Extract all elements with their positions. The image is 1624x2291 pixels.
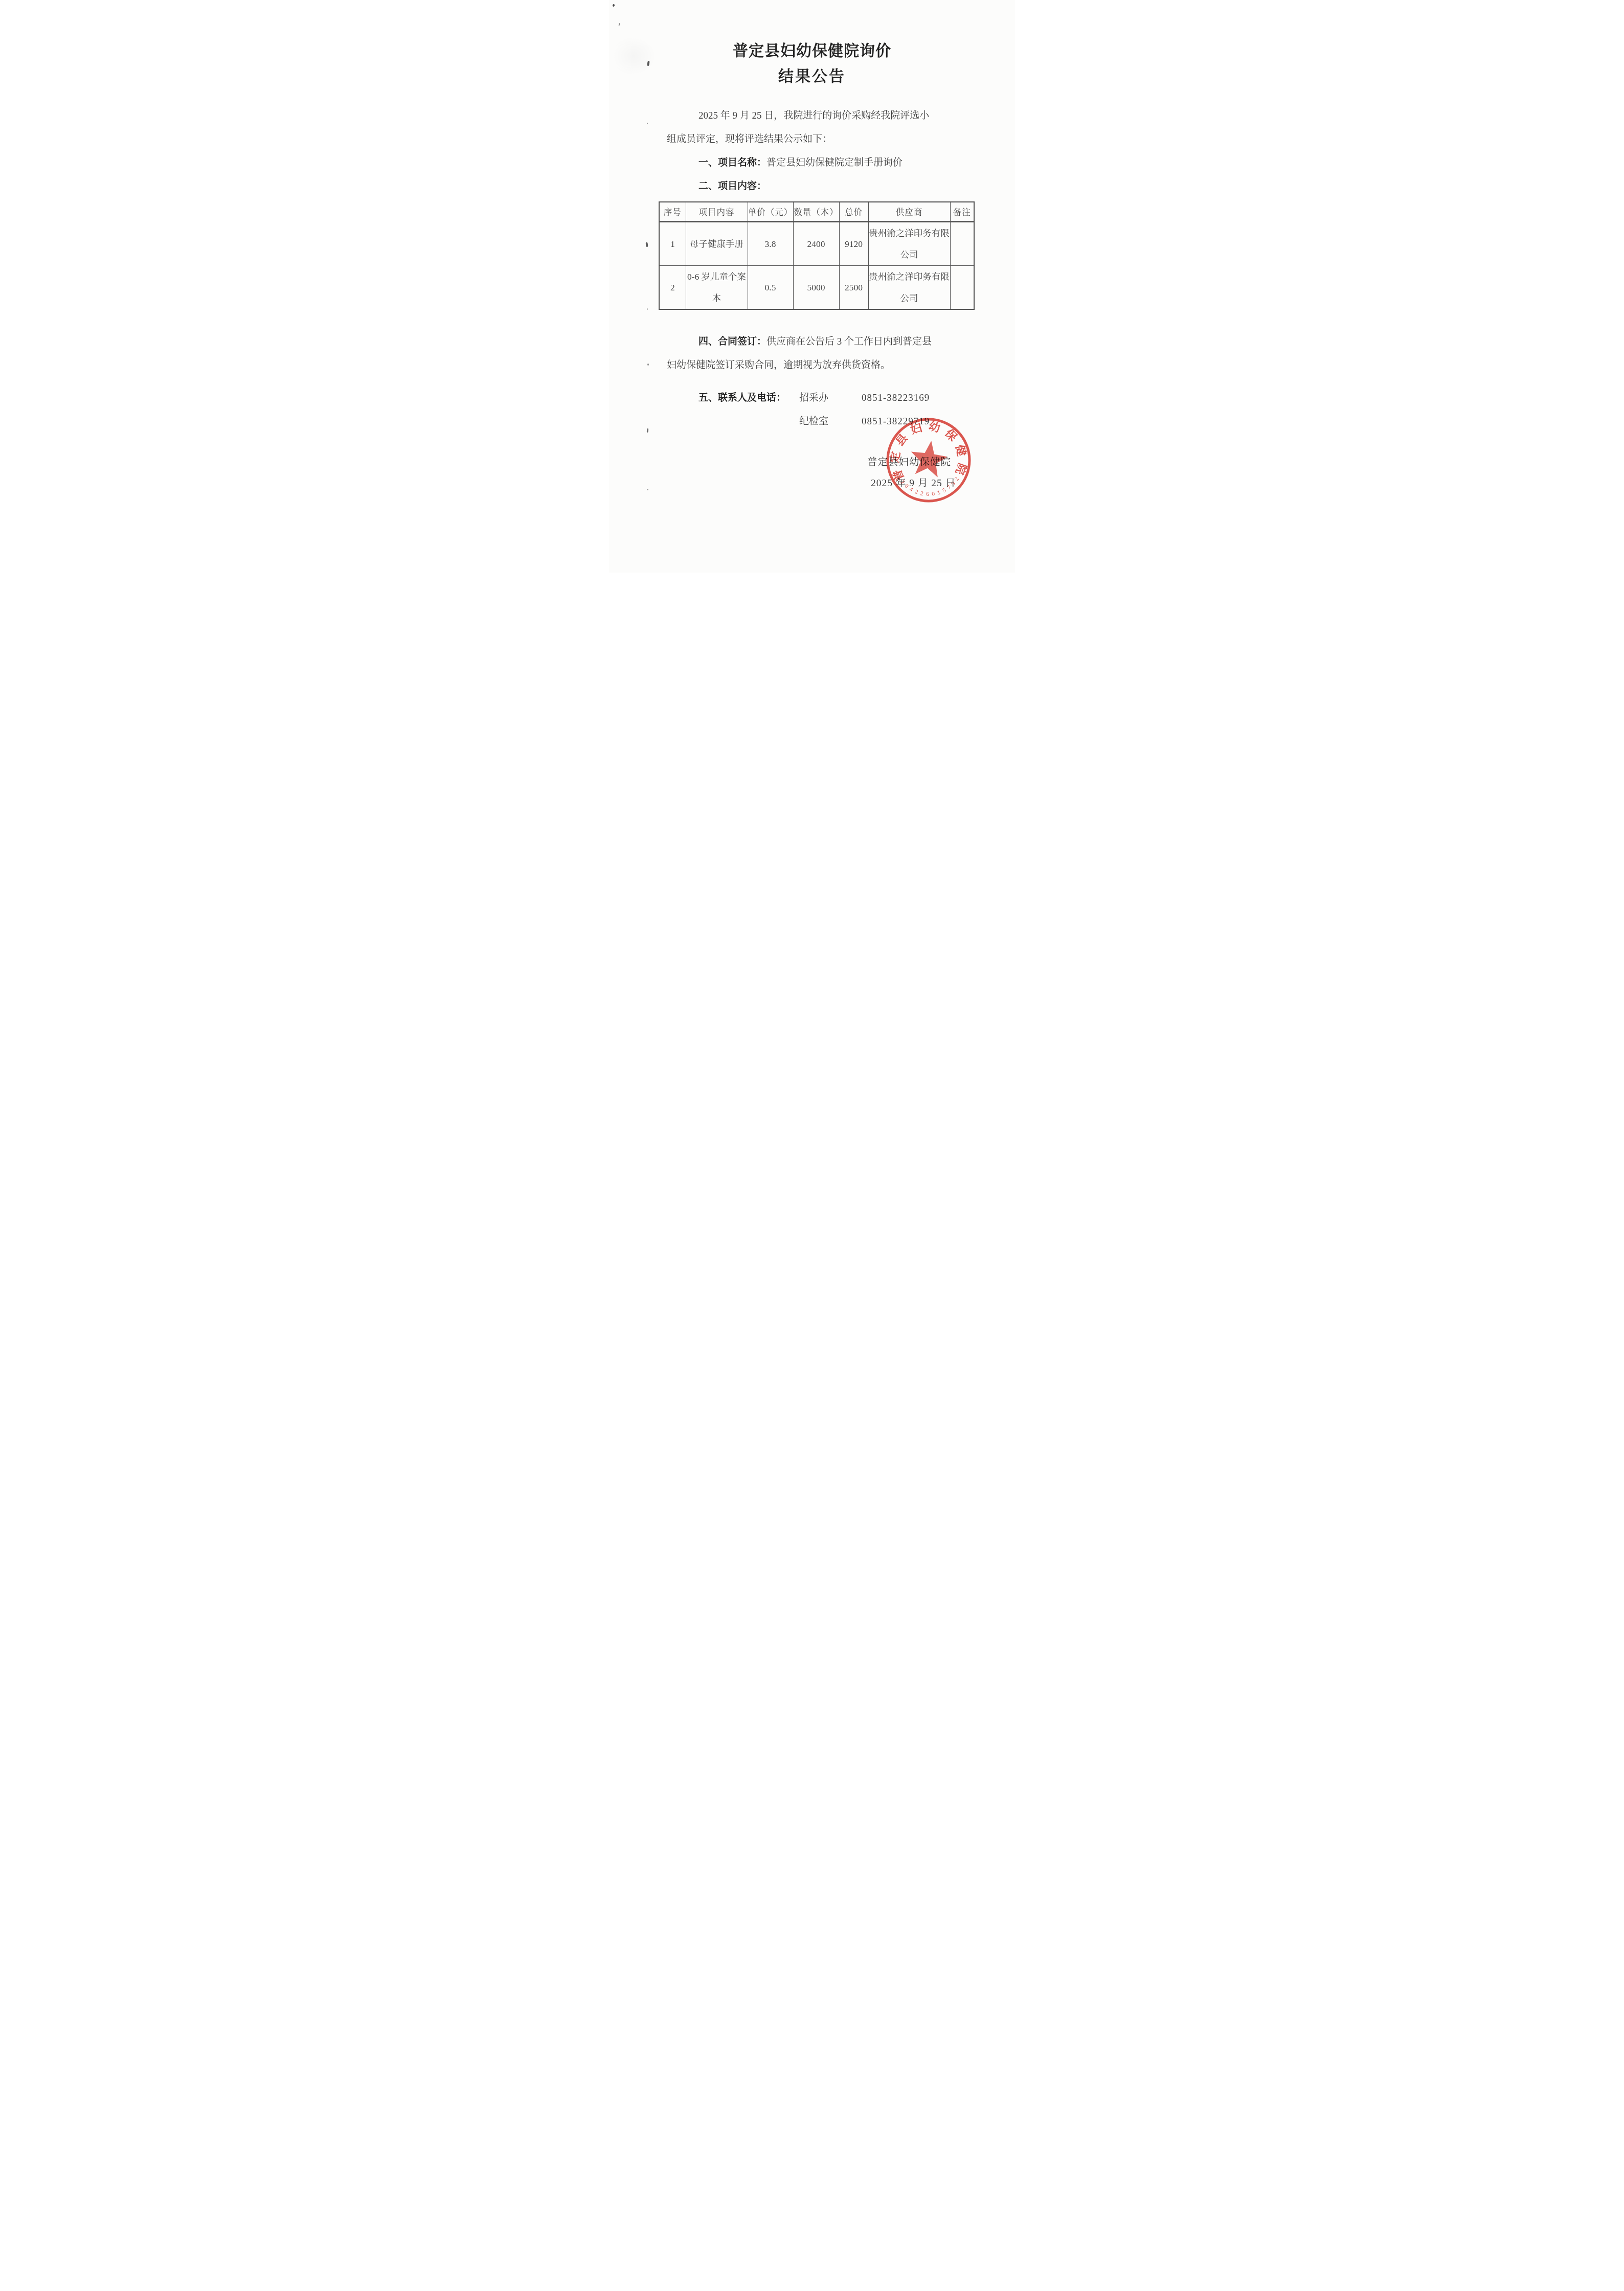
- contact-name: 招采办: [799, 387, 838, 410]
- intro-paragraph: 2025 年 9 月 25 日，我院进行的询价采购经我院评选小 组成员评定，现将…: [667, 104, 965, 151]
- cell-unit-price: 0.5: [748, 266, 793, 310]
- section-five-label: 五、联系人及电话：: [698, 387, 786, 434]
- intro-line-1: 2025 年 9 月 25 日，我院进行的询价采购经我院评选小: [667, 104, 965, 128]
- header-unit-price: 单价（元）: [748, 202, 793, 222]
- section-one-label: 一、项目名称：: [698, 157, 766, 168]
- cell-item: 0-6 岁儿童个案本: [686, 266, 748, 310]
- cell-total: 9120: [839, 222, 868, 266]
- header-item: 项目内容: [686, 202, 748, 222]
- items-table: 序号 项目内容 单价（元） 数量（本） 总价 供应商 备注 1 母子健康手册 3…: [659, 201, 975, 310]
- contract-line-2: 妇幼保健院签订采购合同，逾期视为放弃供货资格。: [667, 354, 965, 377]
- section-four-text: 供应商在公告后 3 个工作日内到普定县: [766, 336, 932, 347]
- seal-star-icon: [908, 438, 950, 478]
- cell-no: 1: [659, 222, 686, 266]
- cell-unit-price: 3.8: [748, 222, 793, 266]
- table-row: 2 0-6 岁儿童个案本 0.5 5000 2500 贵州渝之洋印务有限公司: [659, 266, 974, 310]
- cell-quantity: 2400: [793, 222, 839, 266]
- table-header-row: 序号 项目内容 单价（元） 数量（本） 总价 供应商 备注: [659, 202, 974, 222]
- document-page: 普定县妇幼保健院询价 结果公告 2025 年 9 月 25 日，我院进行的询价采…: [609, 0, 1015, 573]
- title-line-2: 结果公告: [659, 66, 965, 87]
- contact-phone: 0851-38223169: [862, 387, 930, 410]
- header-quantity: 数量（本）: [793, 202, 839, 222]
- cell-total: 2500: [839, 266, 868, 310]
- section-project-name: 一、项目名称：普定县妇幼保健院定制手册询价: [667, 151, 965, 175]
- header-no: 序号: [659, 202, 686, 222]
- document-title: 普定县妇幼保健院询价 结果公告: [659, 41, 965, 87]
- contact-row: 招采办 0851-38223169: [786, 387, 930, 410]
- section-four-label: 四、合同签订：: [698, 336, 766, 347]
- contract-line-1: 四、合同签订：供应商在公告后 3 个工作日内到普定县: [667, 330, 965, 354]
- cell-remark: [950, 222, 974, 266]
- header-total: 总价: [839, 202, 868, 222]
- cell-item: 母子健康手册: [686, 222, 748, 266]
- intro-line-2: 组成员评定，现将评选结果公示如下：: [667, 128, 965, 151]
- title-line-1: 普定县妇幼保健院询价: [659, 41, 965, 61]
- cell-no: 2: [659, 266, 686, 310]
- official-seal: 普定县妇幼保健院 5204226015792: [885, 417, 972, 504]
- cell-remark: [950, 266, 974, 310]
- section-one-text: 普定县妇幼保健院定制手册询价: [766, 157, 903, 168]
- header-supplier: 供应商: [868, 202, 950, 222]
- cell-quantity: 5000: [793, 266, 839, 310]
- section-two-label: 二、项目内容：: [698, 181, 766, 192]
- contact-name: 纪检室: [799, 410, 838, 434]
- cell-supplier: 贵州渝之洋印务有限公司: [868, 222, 950, 266]
- cell-supplier: 贵州渝之洋印务有限公司: [868, 266, 950, 310]
- table-row: 1 母子健康手册 3.8 2400 9120 贵州渝之洋印务有限公司: [659, 222, 974, 266]
- section-contract: 四、合同签订：供应商在公告后 3 个工作日内到普定县 妇幼保健院签订采购合同，逾…: [667, 330, 965, 377]
- header-remark: 备注: [950, 202, 974, 222]
- section-project-content: 二、项目内容：: [667, 175, 965, 198]
